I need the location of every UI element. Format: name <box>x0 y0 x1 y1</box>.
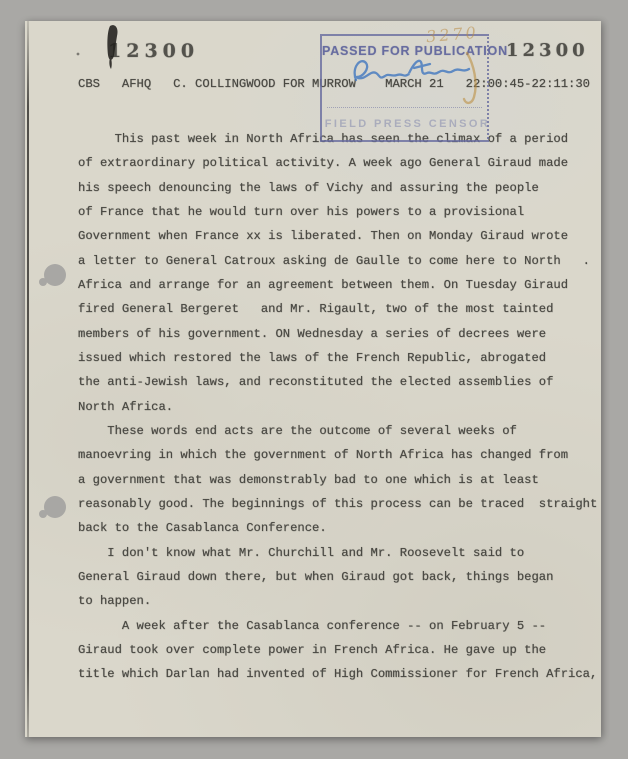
typed-line: I don't know what Mr. Churchill and Mr. … <box>78 541 597 565</box>
typed-line: Africa and arrange for an agreement betw… <box>78 273 597 297</box>
typed-line: to happen. <box>78 589 597 613</box>
document-page: 12300 12300 3270 PASSED FOR PUBLICATION … <box>25 21 601 737</box>
censor-stamp-box: PASSED FOR PUBLICATION FIELD PRESS CENSO… <box>320 34 489 142</box>
page-left-edge-shadow <box>27 21 29 737</box>
serial-number-left: 12300 <box>108 40 199 62</box>
typed-line: A week after the Casablanca conference -… <box>78 614 597 638</box>
typed-line: title which Darlan had invented of High … <box>78 662 597 686</box>
hole-punch-top <box>44 264 66 286</box>
typed-line: the anti-Jewish laws, and reconstituted … <box>78 370 597 394</box>
typed-line: a letter to General Catroux asking de Ga… <box>78 249 597 273</box>
typescript-body: This past week in North Africa has seen … <box>78 127 597 687</box>
scanned-document: 12300 12300 3270 PASSED FOR PUBLICATION … <box>0 0 628 759</box>
hole-punch-bottom <box>44 496 66 518</box>
typed-line: of extraordinary political activity. A w… <box>78 151 597 175</box>
typed-line: his speech denouncing the laws of Vichy … <box>78 176 597 200</box>
typed-line: Giraud took over complete power in Frenc… <box>78 638 597 662</box>
typed-line: These words end acts are the outcome of … <box>78 419 597 443</box>
typed-line: fired General Bergeret and Mr. Rigault, … <box>78 297 597 321</box>
typed-line: members of his government. ON Wednesday … <box>78 322 597 346</box>
typed-line: reasonably good. The beginnings of this … <box>78 492 597 516</box>
typed-line: manoevring in which the government of No… <box>78 443 597 467</box>
field-press-censor-text: FIELD PRESS CENSOR <box>316 118 499 130</box>
typed-line: back to the Casablanca Conference. <box>78 516 597 540</box>
typed-line: North Africa. <box>78 395 597 419</box>
serial-number-right: 12300 <box>506 40 589 61</box>
typed-line: of France that he would turn over his po… <box>78 200 597 224</box>
typed-line: issued which restored the laws of the Fr… <box>78 346 597 370</box>
stray-dot <box>77 53 80 56</box>
typed-line: Government when France xx is liberated. … <box>78 224 597 248</box>
typed-line: General Giraud down there, but when Gira… <box>78 565 597 589</box>
typed-line: a government that was demonstrably bad t… <box>78 468 597 492</box>
stamp-dotted-separator <box>327 107 482 108</box>
passed-for-publication-text: PASSED FOR PUBLICATION <box>322 44 487 58</box>
